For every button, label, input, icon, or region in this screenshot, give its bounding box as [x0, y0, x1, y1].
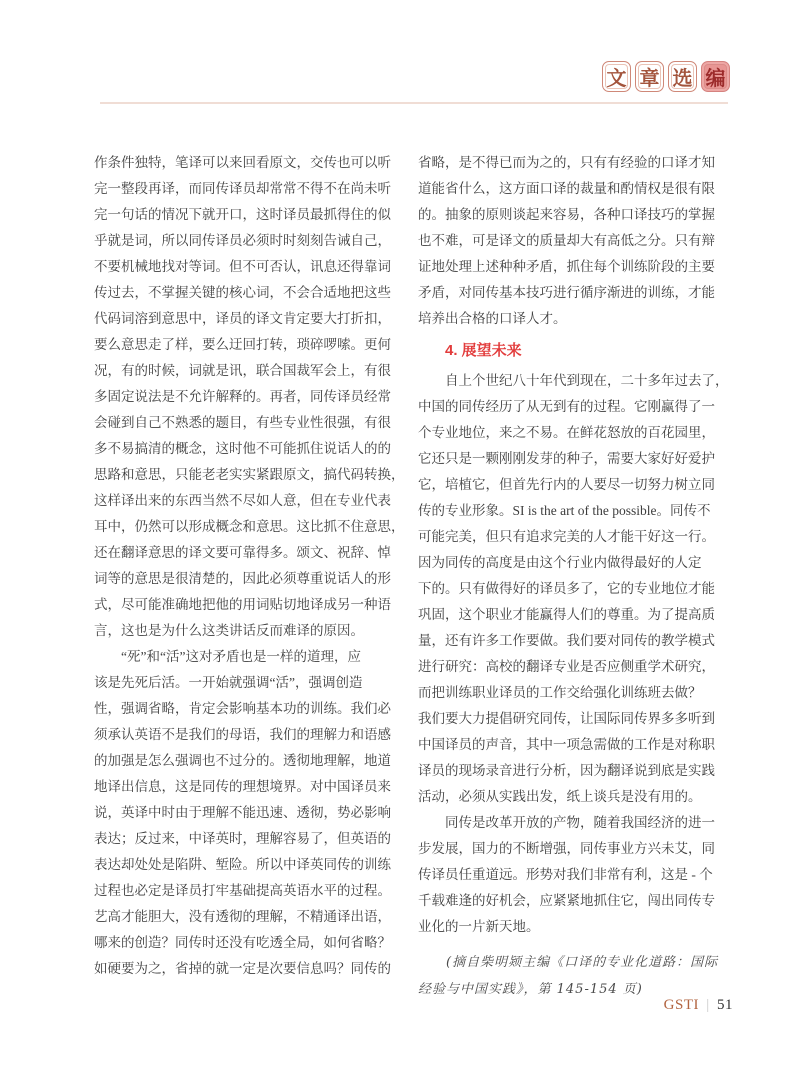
text-line: “死”和“活”这对矛盾也是一样的道理，应 [94, 644, 406, 670]
text-line: 还在翻译意思的译文要可靠得多。颂文、祝辞、悼 [94, 540, 406, 566]
text-line: 中国的同传经历了从无到有的过程。它刚赢得了一 [418, 394, 730, 420]
text-line: 进行研究：高校的翻译专业是否应侧重学术研究， [418, 654, 730, 680]
header-rule [100, 102, 728, 104]
text-line: 活动，必须从实践出发，纸上谈兵是没有用的。 [418, 784, 730, 810]
section-heading: 4. 展望未来 [445, 339, 730, 363]
text-line: 多不易搞清的概念，这时他不可能抓住说话人的的 [94, 436, 406, 462]
text-line: 同传是改革开放的产物，随着我国经济的进一 [418, 810, 730, 836]
text-line: 完一整段再译，而同传译员却常常不得不在尚未听 [94, 176, 406, 202]
text-line: 步发展，国力的不断增强，同传事业方兴未艾，同 [418, 836, 730, 862]
text-line: 说，英译中时由于理解不能迅速、透彻，势必影响 [94, 800, 406, 826]
footer-divider: | [706, 997, 710, 1013]
text-line: 译员的现场录音进行分析，因为翻译说到底是实践 [418, 758, 730, 784]
text-line: 量，还有许多工作要做。我们要对同传的教学模式 [418, 628, 730, 654]
page-body: 作条件独特，笔译可以来回看原文，交传也可以听完一整段再译，而同传译员却常常不得不… [94, 150, 730, 1003]
text-line: 耳中，仍然可以形成概念和意思。这比抓不住意思， [94, 514, 406, 540]
paragraph-closing: 同传是改革开放的产物，随着我国经济的进一步发展，国力的不断增强，同传事业方兴未艾… [418, 810, 730, 940]
brand-label: GSTI [664, 997, 699, 1013]
text-line: 词等的意思是很清楚的，因此必须尊重说话人的形 [94, 566, 406, 592]
header-title-char: 编 [701, 61, 730, 92]
text-line: 它还只是一颗刚刚发芽的种子，需要大家好好爱护 [418, 446, 730, 472]
text-line: 作条件独特，笔译可以来回看原文，交传也可以听 [94, 150, 406, 176]
text-line: 须承认英语不是我们的母语，我们的理解力和语感 [94, 722, 406, 748]
text-line: 言，这也是为什么这类讲话反而难译的原因。 [94, 618, 406, 644]
left-column: 作条件独特，笔译可以来回看原文，交传也可以听完一整段再译，而同传译员却常常不得不… [94, 150, 406, 1003]
text-line: 表达；反过来，中译英时，理解容易了，但英语的 [94, 826, 406, 852]
text-line: 况，有的时候，词就是讯，联合国裁军会上，有很 [94, 358, 406, 384]
text-line: 乎就是词，所以同传译员必须时时刻刻告诫自己， [94, 228, 406, 254]
text-line: 业化的一片新天地。 [418, 914, 730, 940]
text-line: 巩固，这个职业才能赢得人们的尊重。为了提高质 [418, 602, 730, 628]
text-line: 多固定说法是不允许解释的。再者，同传译员经常 [94, 384, 406, 410]
text-line: 完一句话的情况下就开口，这时译员最抓得住的似 [94, 202, 406, 228]
page-number: 51 [717, 997, 733, 1013]
text-line: 哪来的创造？同传时还没有吃透全局，如何省略？ [94, 930, 406, 956]
page-footer: GSTI | 51 [664, 997, 733, 1014]
header-title-char: 章 [635, 61, 664, 92]
citation-line: (摘自柴明颎主编《口译的专业化道路：国际 [418, 949, 730, 976]
text-line: 会碰到自己不熟悉的题目，有些专业性很强，有很 [94, 410, 406, 436]
text-line: 传过去，不掌握关键的核心词，不会合适地把这些 [94, 280, 406, 306]
text-line: 下的。只有做得好的译员多了，它的专业地位才能 [418, 576, 730, 602]
text-line: 的加强是怎么强调也不过分的。透彻地理解，地道 [94, 748, 406, 774]
text-line: 培养出合格的口译人才。 [418, 306, 730, 332]
text-line: 不要机械地找对等词。但不可否认，讯息还得靠词 [94, 254, 406, 280]
text-line: 如硬要为之，省掉的就一定是次要信息吗？同传的 [94, 956, 406, 982]
text-line: 过程也必定是译员打牢基础提高英语水平的过程。 [94, 878, 406, 904]
text-line: 证地处理上述种种矛盾，抓住每个训练阶段的主要 [418, 254, 730, 280]
text-line: 传的专业形象。SI is the art of the possible。同传不 [418, 498, 730, 524]
text-line: 式，尽可能准确地把他的用词贴切地译成另一种语 [94, 592, 406, 618]
text-line: 代码词溶到意思中，译员的译文肯定要大打折扣， [94, 306, 406, 332]
text-line: 自上个世纪八十年代到现在，二十多年过去了， [418, 368, 730, 394]
text-line: 要么意思走了样，要么迂回打转，琐碎啰嗦。更何 [94, 332, 406, 358]
header-title-char: 选 [668, 61, 697, 92]
text-line: 因为同传的高度是由这个行业内做得最好的人定 [418, 550, 730, 576]
text-line: 我们要大力提倡研究同传，让国际同传界多多听到 [418, 706, 730, 732]
text-line: 地译出信息，这是同传的理想境界。对中国译员来 [94, 774, 406, 800]
text-line: 中国译员的声音，其中一项急需做的工作是对称职 [418, 732, 730, 758]
header-title-seals: 文章选编 [602, 61, 730, 92]
text-line: 的。抽象的原则谈起来容易，各种口译技巧的掌握 [418, 202, 730, 228]
text-line: 千载难逢的好机会，应紧紧地抓住它，闯出同传专 [418, 888, 730, 914]
right-column: 省略，是不得已而为之的，只有有经验的口译才知道能省什么，这方面口译的裁量和酌情权… [418, 150, 730, 1003]
text-line: 该是先死后活。一开始就强调“活”，强调创造 [94, 670, 406, 696]
paragraph-outlook: 自上个世纪八十年代到现在，二十多年过去了，中国的同传经历了从无到有的过程。它刚赢… [418, 368, 730, 810]
text-line: 思路和意思，只能老老实实紧跟原文，搞代码转换， [94, 462, 406, 488]
text-line: 它，培植它，但首先行内的人要尽一切努力树立同 [418, 472, 730, 498]
paragraph-conclusion: 省略，是不得已而为之的，只有有经验的口译才知道能省什么，这方面口译的裁量和酌情权… [418, 150, 730, 332]
text-line: 而把训练职业译员的工作交给强化训练班去做？ [418, 680, 730, 706]
source-citation: (摘自柴明颎主编《口译的专业化道路：国际经验与中国实践》，第 145-154 页… [418, 949, 730, 1003]
text-line: 表达却处处是陷阱、堑险。所以中译英同传的训练 [94, 852, 406, 878]
text-line: 传译员任重道远。形势对我们非常有利，这是 - 个 [418, 862, 730, 888]
text-line: 道能省什么，这方面口译的裁量和酌情权是很有限 [418, 176, 730, 202]
text-line: 省略，是不得已而为之的，只有有经验的口译才知 [418, 150, 730, 176]
text-line: 也不难，可是译文的质量却大有高低之分。只有辩 [418, 228, 730, 254]
text-line: 这样译出来的东西当然不尽如人意，但在专业代表 [94, 488, 406, 514]
text-line: 个专业地位，来之不易。在鲜花怒放的百花园里， [418, 420, 730, 446]
text-line: 矛盾，对同传基本技巧进行循序渐进的训练，才能 [418, 280, 730, 306]
document-page: 文章选编 作条件独特，笔译可以来回看原文，交传也可以听完一整段再译，而同传译员却… [0, 0, 794, 1078]
header-title-char: 文 [602, 61, 631, 92]
text-line: 性，强调省略，肯定会影响基本功的训练。我们必 [94, 696, 406, 722]
text-line: 艺高才能胆大，没有透彻的理解，不精通译出语， [94, 904, 406, 930]
text-line: 可能完美，但只有追求完美的人才能干好这一行。 [418, 524, 730, 550]
